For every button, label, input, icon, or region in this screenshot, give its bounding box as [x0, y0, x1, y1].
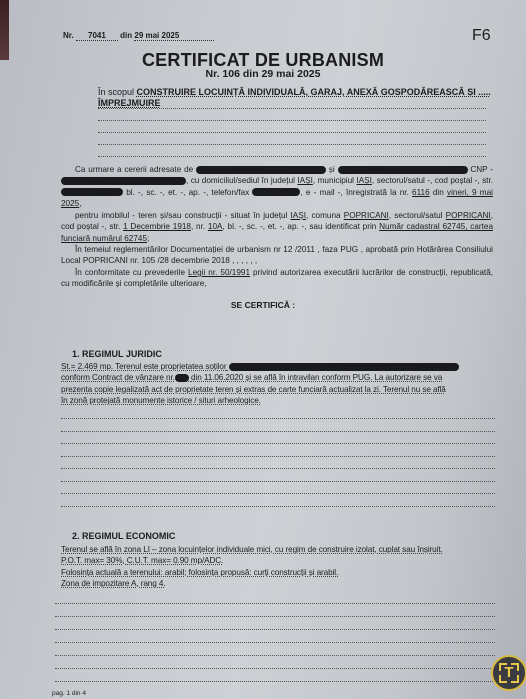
document-subtitle: Nr. 106 din 29 mai 2025 [0, 68, 526, 80]
scope-line-1: CONSTRUIRE LOCUINȚĂ INDIVIDUALĂ, GARAJ, … [137, 87, 491, 97]
dotted-line [61, 468, 495, 469]
redacted-phone [252, 188, 300, 196]
law-paragraph: În conformitate cu prevederile Legii nr.… [61, 267, 493, 290]
date-value: 29 mai 2025 [134, 31, 214, 41]
page-number: pag. 1 din 4 [52, 690, 86, 697]
dotted-line [61, 481, 495, 482]
dotted-line [61, 443, 495, 444]
redacted-contract-number [175, 374, 189, 382]
registration-number: Nr. 7041 din 29 mai 2025 [63, 31, 214, 41]
dotted-line [98, 156, 486, 157]
section-2-heading: 2. REGIMUL ECONOMIC [72, 531, 175, 541]
dotted-line [98, 108, 486, 109]
dotted-line [98, 132, 486, 133]
dotted-line [55, 655, 495, 656]
redacted-street [61, 188, 123, 196]
property-paragraph: pentru imobilul - teren și/sau construcț… [61, 210, 493, 244]
dotted-line [98, 144, 486, 145]
nr-label: Nr. [63, 31, 74, 40]
dotted-line [55, 681, 495, 682]
request-paragraph: Ca urmare a cererii adresate de și CNP -… [61, 164, 493, 209]
nr-value: 7041 [76, 31, 118, 41]
dotted-line [55, 616, 495, 617]
dotted-line [55, 603, 495, 604]
legal-basis-paragraph: În temeiul reglementărilor Documentației… [61, 244, 493, 267]
dotted-line [55, 642, 495, 643]
section-2-content: Terenul se află în zona LI – zona locuin… [61, 544, 495, 590]
dotted-line [61, 418, 495, 419]
redacted-name [338, 166, 468, 174]
scope-label: În scopul [98, 87, 134, 97]
scope: În scopul CONSTRUIRE LOCUINȚĂ INDIVIDUAL… [98, 87, 491, 109]
dotted-line [55, 668, 495, 669]
text-recognition-icon: T [493, 657, 525, 689]
document-page: Nr. 7041 din 29 mai 2025 F6 CERTIFICAT D… [0, 0, 526, 699]
text-recognition-button[interactable]: T [491, 655, 526, 691]
dotted-line [61, 506, 495, 507]
redacted-owners [229, 363, 459, 371]
redacted-cnp [61, 177, 186, 185]
redacted-name [196, 166, 326, 174]
dotted-line [61, 431, 495, 432]
section-1-heading: 1. REGIMUL JURIDIC [72, 349, 162, 359]
scope-line-2: ÎMPREJMUIRE [98, 98, 161, 108]
dotted-line [61, 456, 495, 457]
dotted-line [55, 629, 495, 630]
se-certifica-heading: SE CERTIFICĂ : [0, 300, 526, 310]
din-label: din [120, 31, 132, 40]
dotted-line [61, 493, 495, 494]
dotted-line [98, 120, 486, 121]
form-code: F6 [472, 27, 491, 45]
section-1-content: St.= 2.469 mp. Terenul este proprietatea… [61, 361, 495, 407]
